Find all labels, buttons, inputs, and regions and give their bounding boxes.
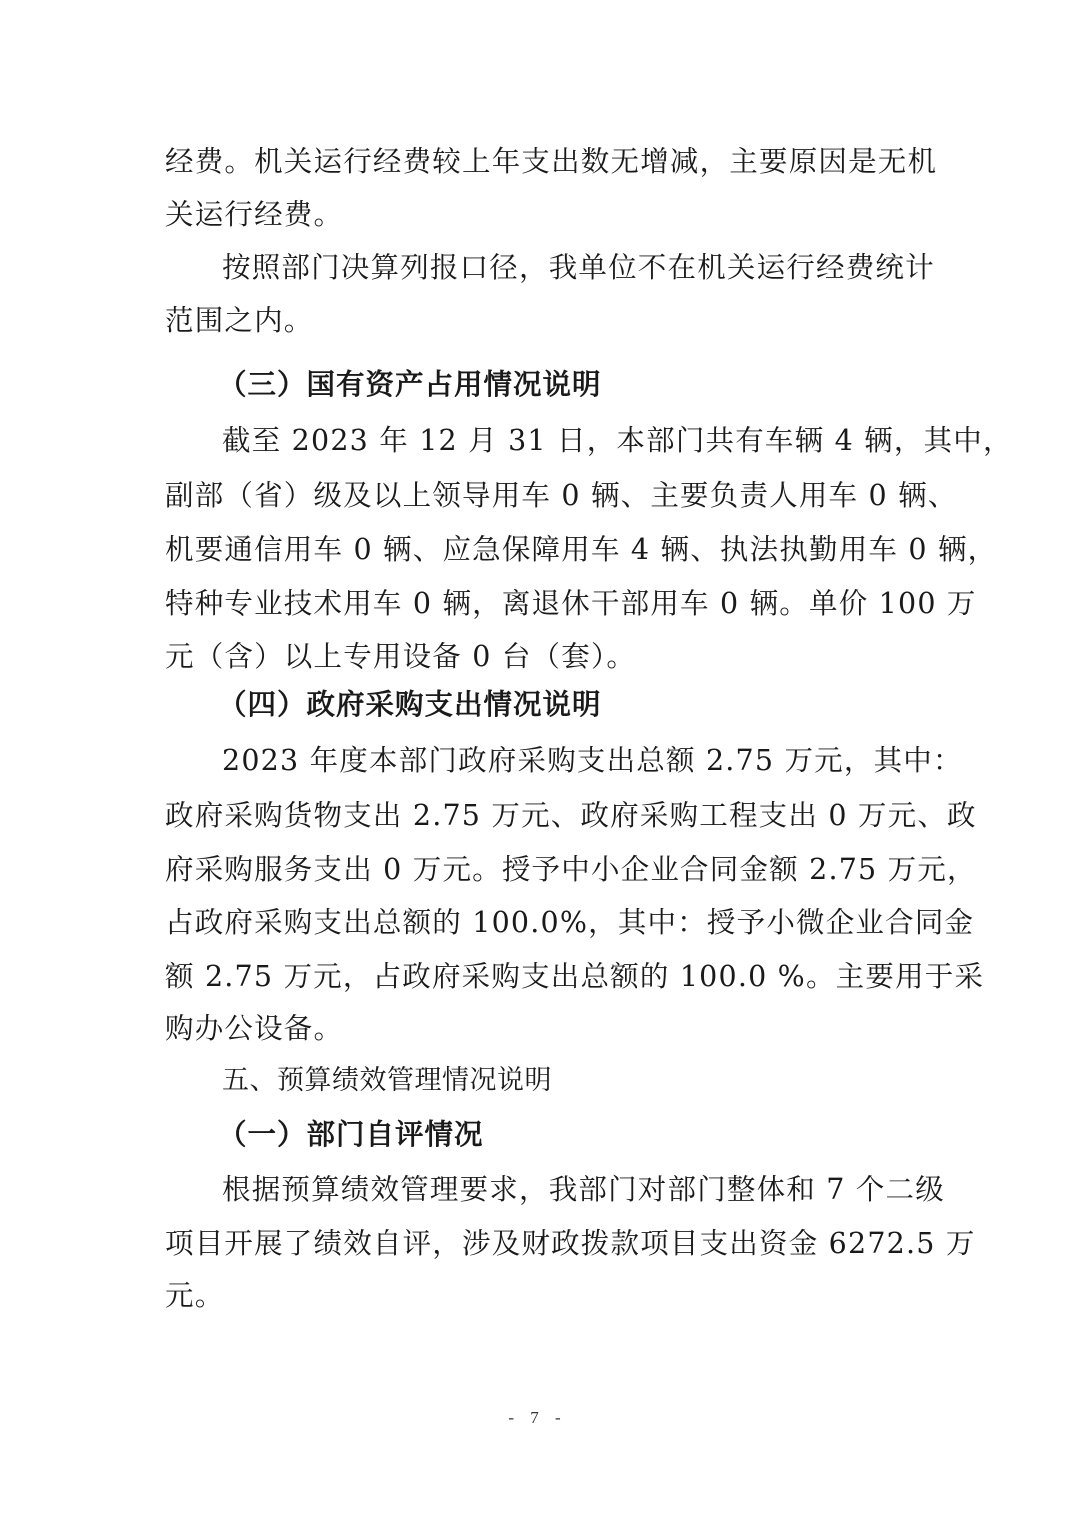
body-line: 府采购服务支出 0 万元。授予中小企业合同金额 2.75 万元， <box>165 850 911 890</box>
body-line: 购办公设备。 <box>165 1009 911 1049</box>
body-line: 特种专业技术用车 0 辆，离退休干部用车 0 辆。单价 100 万 <box>165 584 911 624</box>
section-subheading-state-assets: （三）国有资产占用情况说明 <box>218 364 964 404</box>
body-line: 项目开展了绩效自评，涉及财政拨款项目支出资金 6272.5 万 <box>165 1224 911 1264</box>
body-line: 额 2.75 万元，占政府采购支出总额的 100.0 %。主要用于采 <box>165 957 911 997</box>
body-line: 元（含）以上专用设备 0 台（套）。 <box>165 637 911 677</box>
body-line: 政府采购货物支出 2.75 万元、政府采购工程支出 0 万元、政 <box>165 796 911 836</box>
body-line: 机要通信用车 0 辆、应急保障用车 4 辆、执法执勤用车 0 辆， <box>165 530 911 570</box>
body-line: 2023 年度本部门政府采购支出总额 2.75 万元，其中： <box>222 741 911 781</box>
section-heading-performance: 五、预算绩效管理情况说明 <box>222 1061 968 1101</box>
section-subheading-self-evaluation: （一）部门自评情况 <box>218 1114 964 1154</box>
body-line: 按照部门决算列报口径，我单位不在机关运行经费统计 <box>222 248 911 288</box>
body-line: 占政府采购支出总额的 100.0%，其中：授予小微企业合同金 <box>165 903 911 943</box>
body-line: 根据预算绩效管理要求，我部门对部门整体和 7 个二级 <box>222 1170 911 1210</box>
body-line: 范围之内。 <box>165 301 911 341</box>
body-line: 经费。机关运行经费较上年支出数无增减，主要原因是无机 <box>165 142 911 182</box>
section-subheading-procurement: （四）政府采购支出情况说明 <box>218 684 964 724</box>
document-page: 经费。机关运行经费较上年支出数无增减，主要原因是无机 关运行经费。 按照部门决算… <box>0 0 1075 1520</box>
body-line: 副部（省）级及以上领导用车 0 辆、主要负责人用车 0 辆、 <box>165 476 911 516</box>
body-line: 元。 <box>165 1276 911 1316</box>
page-number: - 7 - <box>0 1408 1075 1428</box>
body-line: 关运行经费。 <box>165 195 911 235</box>
body-line: 截至 2023 年 12 月 31 日，本部门共有车辆 4 辆，其中， <box>222 421 911 461</box>
